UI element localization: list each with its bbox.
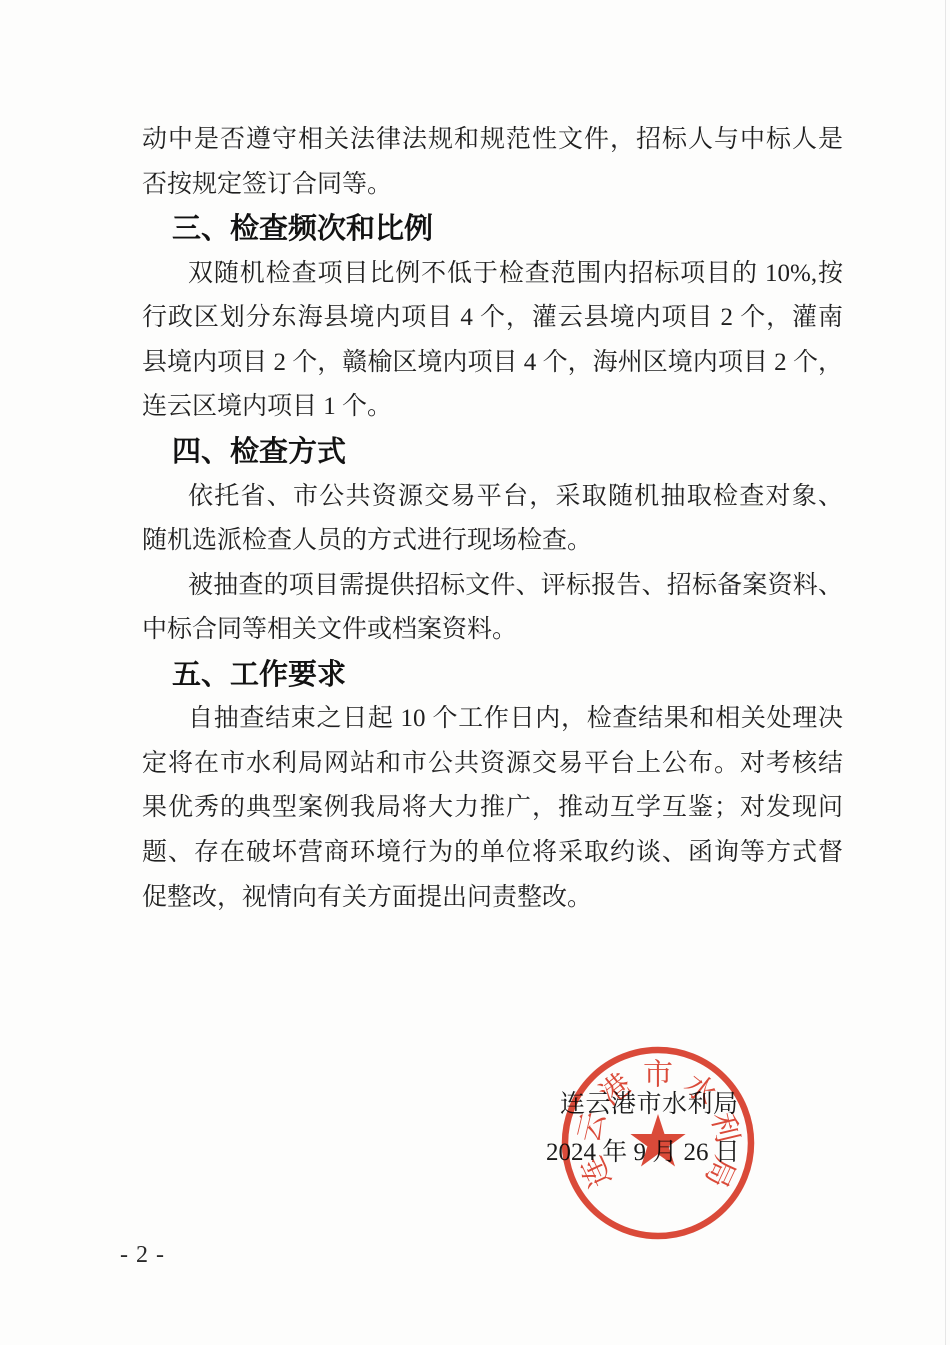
body-line: 自抽查结束之日起 10 个工作日内，检查结果和相关处理决 [142, 697, 843, 742]
body-line: 随机选派检查人员的方式进行现场检查。 [142, 519, 843, 564]
body-line: 否按规定签订合同等。 [142, 163, 843, 208]
body-line: 依托省、市公共资源交易平台，采取随机抽取检查对象、 [142, 475, 843, 520]
body-line: 行政区划分东海县境内项目 4 个，灌云县境内项目 2 个，灌南 [142, 296, 843, 341]
body-line: 题、存在破坏营商环境行为的单位将采取约谈、函询等方式督 [142, 831, 843, 876]
seal-character: 利 [705, 1109, 744, 1146]
body-line: 定将在市水利局网站和市公共资源交易平台上公布。对考核结 [142, 742, 843, 787]
document-body: 动中是否遵守相关法律法规和规范性文件，招标人与中标人是否按规定签订合同等。三、检… [142, 118, 843, 920]
body-line: 双随机检查项目比例不低于检查范围内招标项目的 10%,按 [142, 252, 843, 297]
seal-character: 云 [572, 1109, 611, 1146]
seal-star-icon [630, 1114, 685, 1167]
body-line: 中标合同等相关文件或档案资料。 [142, 608, 843, 653]
seal-character: 局 [698, 1151, 741, 1192]
body-line: 连云区境内项目 1 个。 [142, 385, 843, 430]
seal-character: 连 [575, 1151, 618, 1192]
body-line: 县境内项目 2 个，赣榆区境内项目 4 个，海州区境内项目 2 个， [142, 341, 843, 386]
body-line: 促整改，视情向有关方面提出问责整改。 [142, 876, 843, 921]
section-heading: 三、检查频次和比例 [142, 207, 843, 252]
section-heading: 四、检查方式 [142, 430, 843, 475]
seal-character: 市 [643, 1059, 673, 1092]
section-heading: 五、工作要求 [142, 653, 843, 698]
body-line: 被抽查的项目需提供招标文件、评标报告、招标备案资料、 [142, 564, 843, 609]
official-seal: 连云港市水利局 [548, 1033, 768, 1253]
body-line: 果优秀的典型案例我局将大力推广，推动互学互鉴；对发现问 [142, 786, 843, 831]
scan-edge-line [945, 0, 946, 1345]
body-line: 动中是否遵守相关法律法规和规范性文件，招标人与中标人是 [142, 118, 843, 163]
document-page: 动中是否遵守相关法律法规和规范性文件，招标人与中标人是否按规定签订合同等。三、检… [0, 0, 950, 1345]
page-number: - 2 - [120, 1242, 165, 1269]
